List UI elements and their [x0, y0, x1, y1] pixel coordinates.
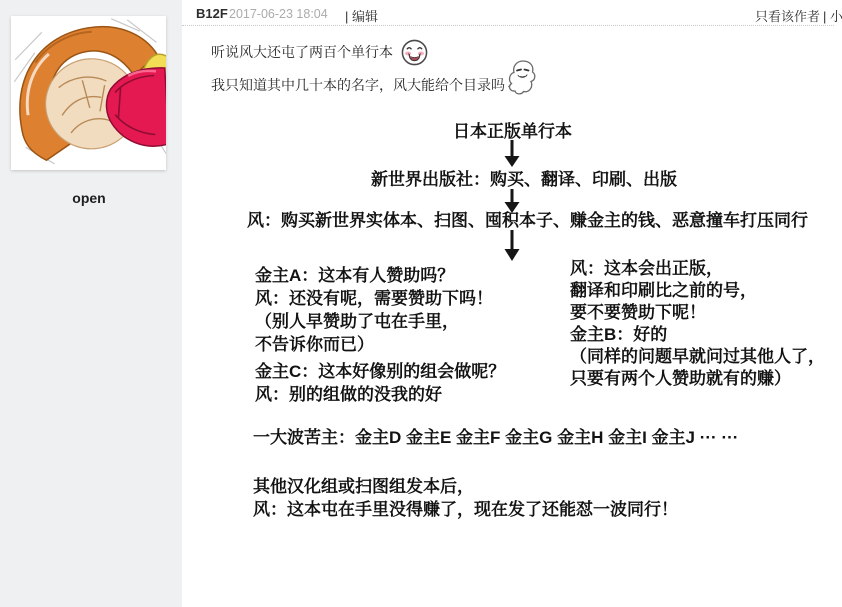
diagram-victims-line: 一大波苦主：金主D 金主E 金主F 金主G 金主H 金主I 金主J ··· ··…	[253, 426, 738, 449]
diagram-step-feng: 风：购买新世界实体本、扫图、囤积本子、赚金主的钱、恶意撞车打压同行	[247, 209, 808, 232]
text-line: 金主A：这本有人赞助吗？	[255, 264, 493, 287]
forum-post-page: open B12F 2017-06-23 18:04 | 编辑 只看该作者 | …	[0, 0, 842, 607]
intro-line-2: 我只知道其中几十本的名字，风大能给个目录吗	[211, 76, 505, 94]
diagram-step-publisher: 新世界出版社：购买、翻译、印刷、出版	[371, 168, 677, 191]
font-size-link[interactable]: | 小	[823, 6, 842, 25]
text-line: 风：这本会出正版，	[570, 258, 825, 280]
manga-punch-avatar-image	[11, 16, 166, 170]
text-line: 只要有两个人赞助就有的赚）	[570, 368, 825, 390]
edit-link[interactable]: | 编辑	[345, 6, 378, 25]
text-line: （别人早赞助了屯在手里，	[255, 310, 493, 333]
text-line: 翻译和印刷比之前的号，	[570, 280, 825, 302]
author-username[interactable]: open	[0, 190, 178, 206]
text-line: 不告诉你而已）	[255, 333, 493, 356]
text-line: 其他汉化组或扫图组发本后，	[253, 475, 678, 498]
post-timestamp: 2017-06-23 18:04	[229, 7, 328, 21]
view-author-link[interactable]: 只看该作者	[755, 6, 820, 25]
author-sidebar: open	[0, 0, 182, 607]
floor-label: B12F	[196, 6, 228, 21]
blush-face-emoji-icon	[400, 38, 429, 72]
avatar[interactable]	[11, 16, 166, 170]
post-body: 听说风大还屯了两百个单行本 我只知道其中几十本的名字，风大能给个目录吗	[182, 26, 842, 607]
intro-line-1: 听说风大还屯了两百个单行本	[211, 43, 393, 61]
diagram-dialog-sponsor-c: 金主C：这本好像别的组会做呢？风：别的组做的没我的好	[255, 360, 505, 406]
diagram-dialog-sponsor-b: 风：这本会出正版，翻译和印刷比之前的号，要不要赞助下呢！金主B：好的（同样的问题…	[570, 258, 825, 390]
down-arrow-icon	[502, 230, 522, 266]
ghost-emoji-icon	[507, 59, 537, 101]
text-line: 风：别的组做的没我的好	[255, 383, 505, 406]
post-header: B12F 2017-06-23 18:04 | 编辑 只看该作者 | 小	[182, 0, 834, 26]
text-line: 风：还没有呢，需要赞助下吗！	[255, 287, 493, 310]
diagram-final-lines: 其他汉化组或扫图组发本后，风：这本屯在手里没得赚了，现在发了还能怼一波同行！	[253, 475, 678, 521]
diagram-dialog-sponsor-a: 金主A：这本有人赞助吗？风：还没有呢，需要赞助下吗！（别人早赞助了屯在手里，不告…	[255, 264, 493, 356]
text-line: 金主C：这本好像别的组会做呢？	[255, 360, 505, 383]
text-line: （同样的问题早就问过其他人了，	[570, 346, 825, 368]
text-line: 金主B：好的	[570, 324, 825, 346]
post-main: B12F 2017-06-23 18:04 | 编辑 只看该作者 | 小 听说风…	[182, 0, 842, 607]
text-line: 风：这本屯在手里没得赚了，现在发了还能怼一波同行！	[253, 498, 678, 521]
text-line: 要不要赞助下呢！	[570, 302, 825, 324]
